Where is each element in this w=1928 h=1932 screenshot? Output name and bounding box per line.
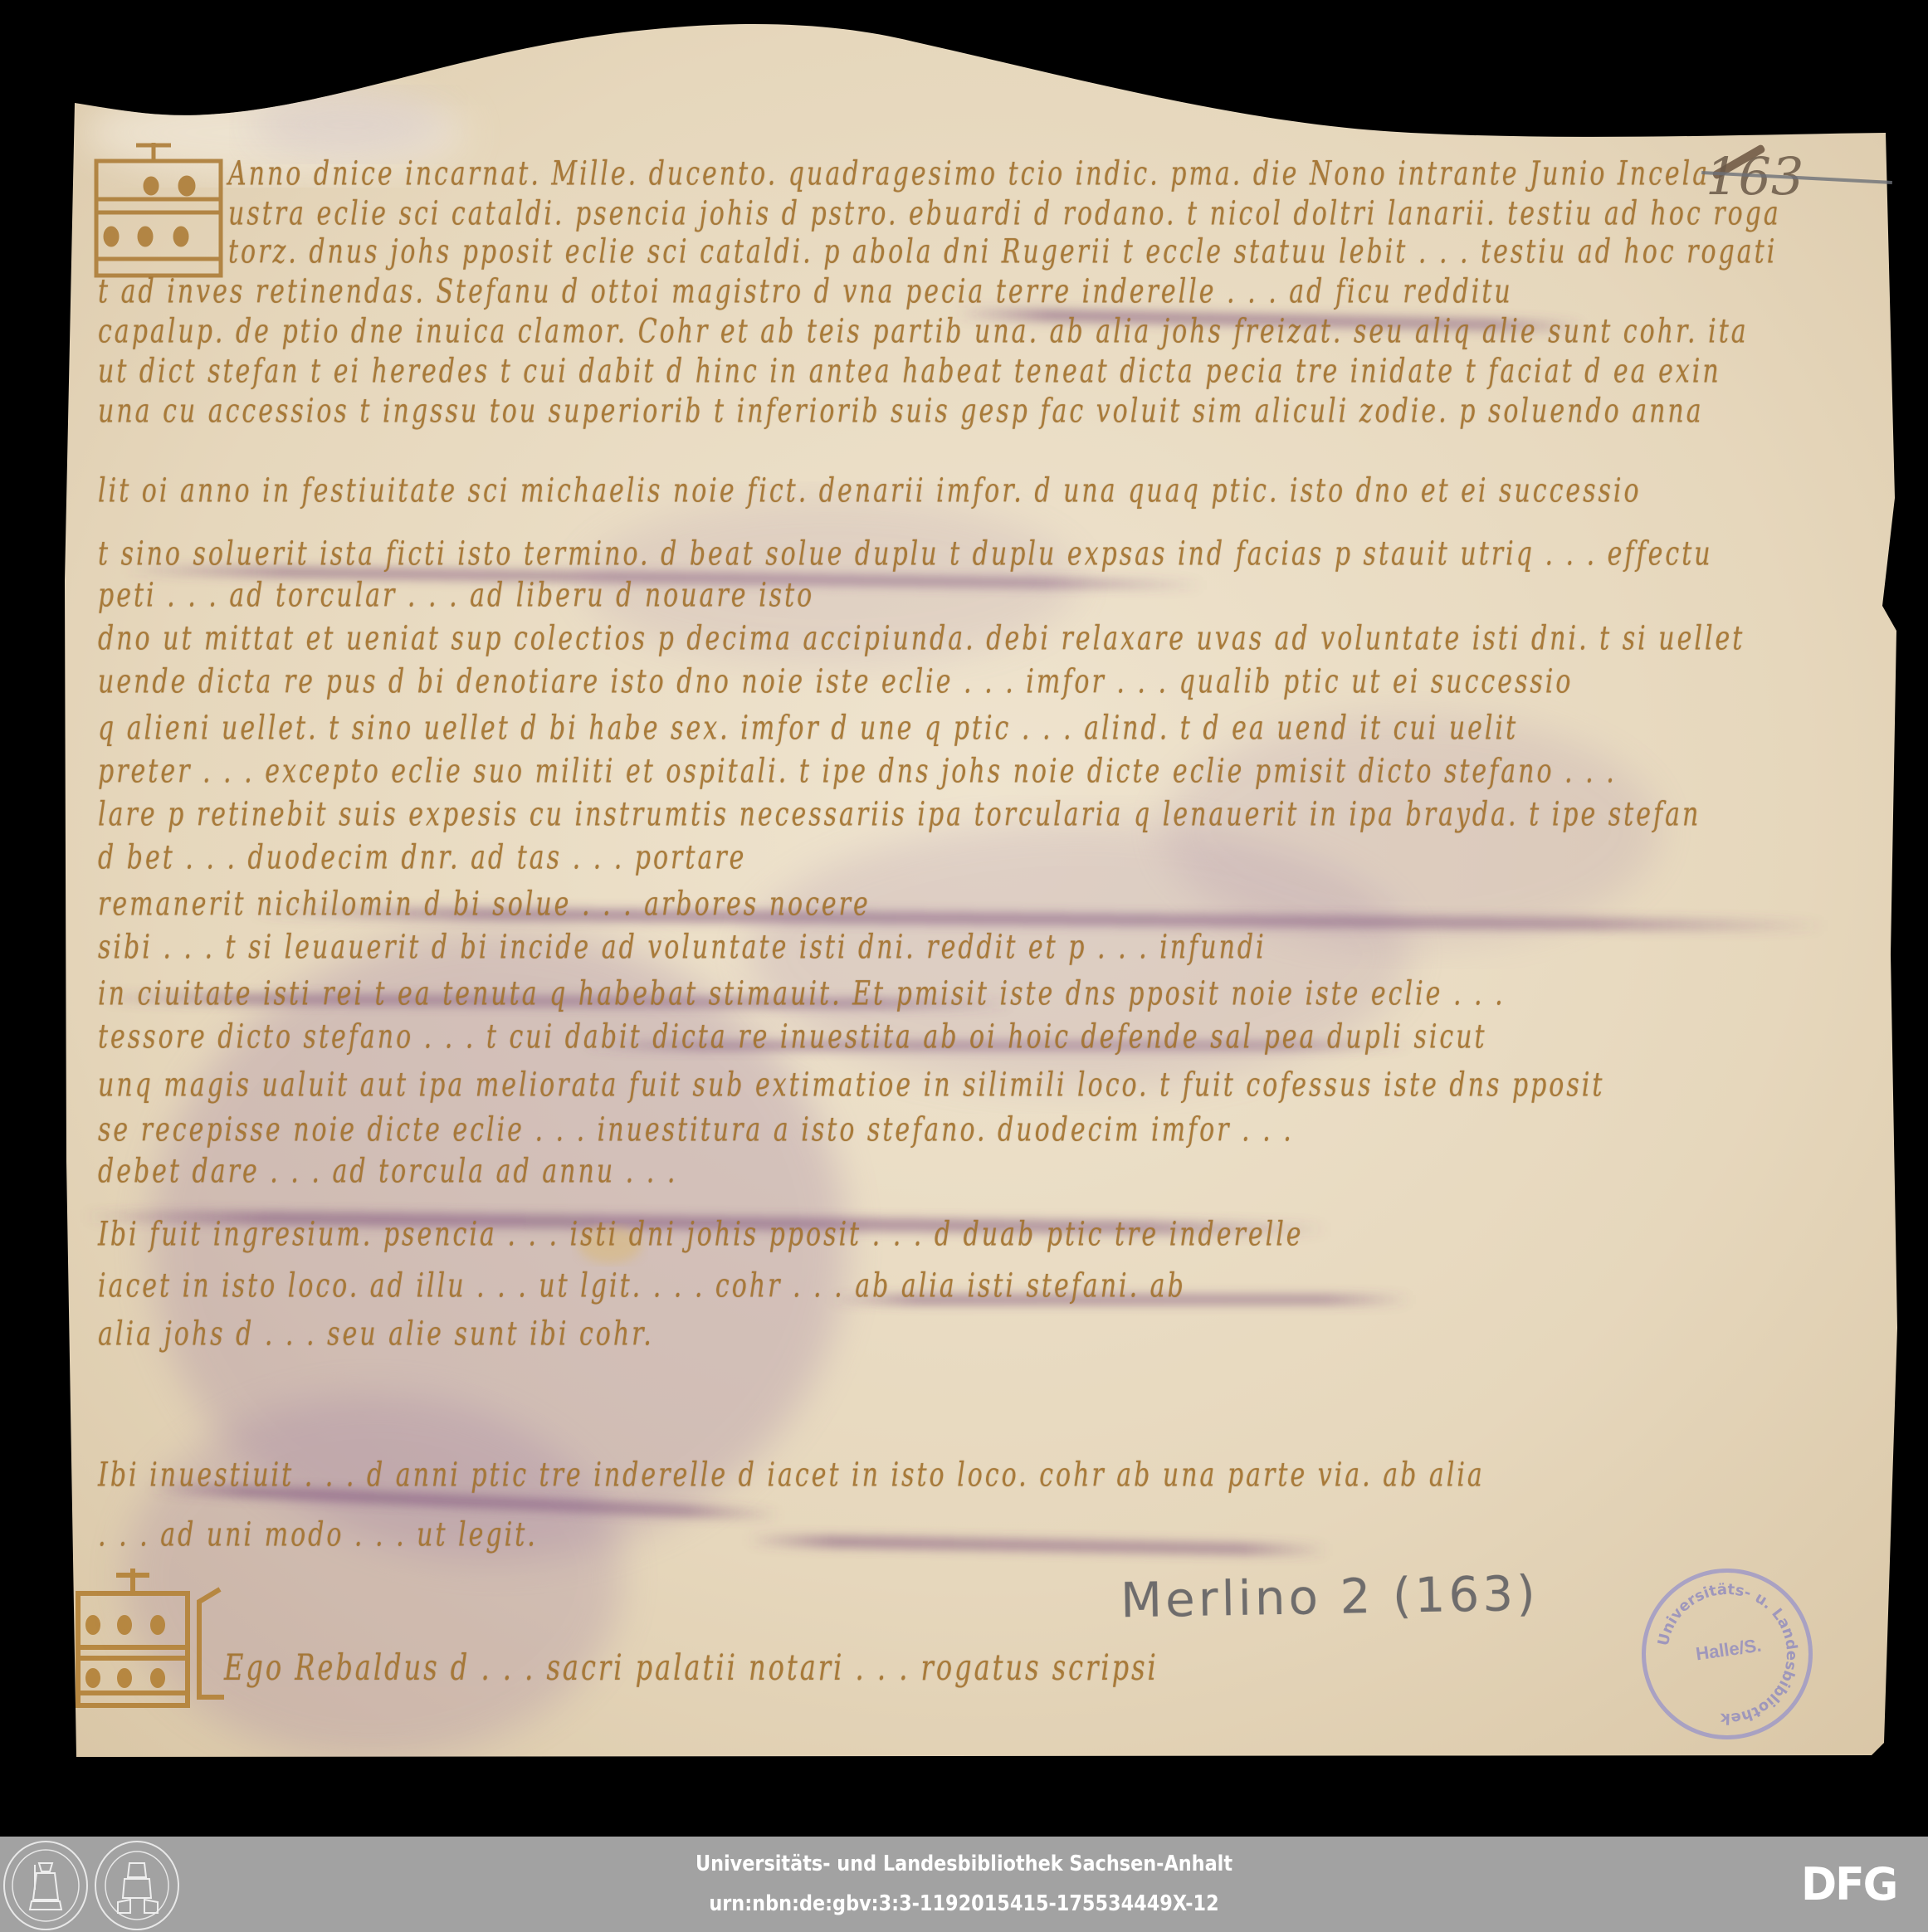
library-stamp: Universitäts- u. Landesbibliothek Halle/… [1642, 1569, 1813, 1739]
manuscript-line: unq magis ualuit aut ipa meliorata fuit … [98, 1066, 1604, 1105]
signature-line: Ego Rebaldus d . . . sacri palatii notar… [224, 1646, 1159, 1688]
manuscript-line: t sino soluerit ista ficti isto termino.… [98, 534, 1713, 573]
manuscript-line: capalup. de ptio dne inuica clamor. Cohr… [98, 312, 1749, 351]
manuscript-line: ut dict stefan t ei heredes t cui dabit … [98, 352, 1721, 391]
institution-name: Universitäts- und Landesbibliothek Sachs… [135, 1851, 1794, 1876]
manuscript-line: preter . . . excepto eclie suo militi et… [98, 752, 1617, 791]
manuscript-line: lit oi anno in festiuitate sci michaelis… [98, 471, 1642, 510]
manuscript-line: debet dare . . . ad torcula ad annu . . … [98, 1152, 677, 1191]
manuscript-line: q alieni uellet. t sino uellet d bi habe… [98, 709, 1518, 748]
manuscript-line: alia johs d . . . seu alie sunt ibi cohr… [98, 1315, 654, 1354]
manuscript-line: lare p retinebit suis expesis cu instrum… [98, 795, 1701, 834]
manuscript-line: sibi . . . t si leuauerit d bi incide ad… [98, 928, 1267, 967]
university-seal-icon [2, 1840, 90, 1931]
manuscript-line: tessore dicto stefano . . . t cui dabit … [98, 1017, 1487, 1056]
manuscript-line: . . . ad uni modo . . . ut legit. [98, 1515, 538, 1554]
manuscript-line: t ad inves retinendas. Stefanu d ottoi m… [98, 272, 1513, 311]
manuscript-line: ustra eclie sci cataldi. psencia johis d… [228, 194, 1781, 233]
manuscript-line: in ciuitate isti rei t ea tenuta q habeb… [98, 974, 1506, 1013]
manuscript-line: Anno dnice incarnat. Mille. ducento. qua… [228, 154, 1710, 193]
manuscript-line: Ibi fuit ingresium. psencia . . . isti d… [98, 1215, 1304, 1254]
manuscript-line: d bet . . . duodecim dnr. ad tas . . . p… [98, 838, 746, 877]
manuscript-line: uende dicta re pus d bi denotiare isto d… [98, 662, 1573, 701]
urn-identifier: urn:nbn:de:gbv:3:3-1192015415-175534449X… [135, 1891, 1794, 1916]
manuscript-line: una cu accessios t ingssu tou superiorib… [98, 392, 1704, 431]
image-viewer: Anno dnice incarnat. Mille. ducento. qua… [0, 0, 1928, 1837]
manuscript-line: remanerit nichilomin d bi solue . . . ar… [98, 885, 871, 924]
manuscript-line: iacet in isto loco. ad illu . . . ut lgi… [98, 1266, 1186, 1305]
manuscript-line: peti . . . ad torcular . . . ad liberu d… [98, 576, 814, 615]
manuscript-line: Ibi inuestiuit . . . d anni ptic tre ind… [98, 1456, 1485, 1495]
footer-banner: Universitäts- und Landesbibliothek Sachs… [0, 1837, 1928, 1932]
manuscript-line: torz. dnus johs pposit eclie sci cataldi… [228, 232, 1777, 271]
pencil-shelfmark: Merlino 2 (163) [1120, 1565, 1539, 1629]
dfg-logo: DFG [1801, 1859, 1896, 1911]
manuscript-line: dno ut mittat et ueniat sup colectios p … [98, 619, 1745, 658]
manuscript-line: se recepisse noie dicte eclie . . . inue… [98, 1110, 1294, 1149]
